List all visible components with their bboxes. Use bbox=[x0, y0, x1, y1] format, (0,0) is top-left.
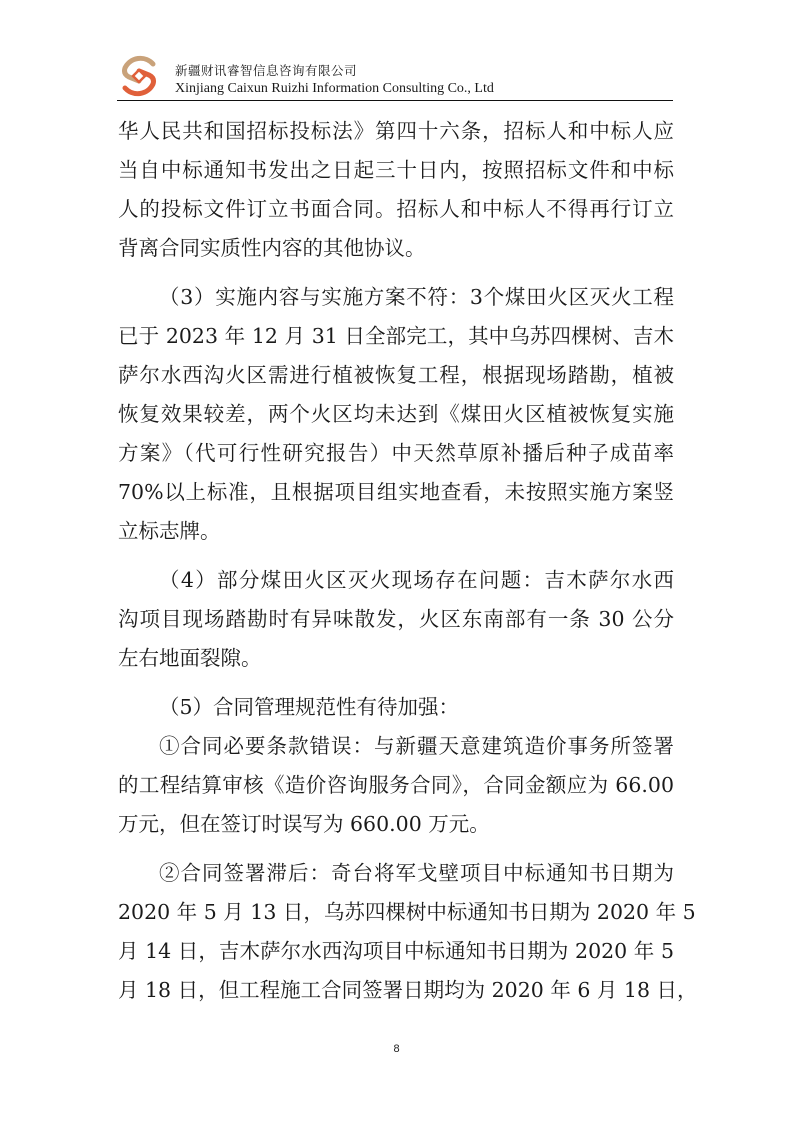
text-line: 当自中标通知书发出之日起三十日内，按照招标文件和中标 bbox=[118, 151, 674, 190]
text-line: 月 18 日，但工程施工合同签署日期均为 2020 年 6 月 18 日， bbox=[118, 971, 674, 1010]
text-line: 的工程结算审核《造价咨询服务合同》，合同金额应为 66.00 bbox=[118, 766, 674, 805]
company-name-cn: 新疆财讯睿智信息咨询有限公司 bbox=[175, 61, 357, 79]
text-line: 万元，但在签订时误写为 660.00 万元。 bbox=[118, 805, 674, 844]
text-line: 人的投标文件订立书面合同。招标人和中标人不得再行订立 bbox=[118, 190, 674, 229]
text-line: 2020 年 5 月 13 日，乌苏四棵树中标通知书日期为 2020 年 5 bbox=[118, 893, 674, 932]
text-line: ①合同必要条款错误：与新疆天意建筑造价事务所签署 bbox=[118, 727, 674, 766]
text-line: 已于 2023 年 12 月 31 日全部完工，其中乌苏四棵树、吉木 bbox=[118, 317, 674, 356]
text-line: 萨尔水西沟火区需进行植被恢复工程，根据现场踏勘，植被 bbox=[118, 356, 674, 395]
letterhead: 新疆财讯睿智信息咨询有限公司 Xinjiang Caixun Ruizhi In… bbox=[117, 52, 673, 102]
text-line: （5）合同管理规范性有待加强： bbox=[118, 688, 674, 727]
header-divider bbox=[117, 100, 673, 101]
text-line: 沟项目现场踏勘时有异味散发，火区东南部有一条 30 公分 bbox=[118, 600, 674, 639]
document-page: 新疆财讯睿智信息咨询有限公司 Xinjiang Caixun Ruizhi In… bbox=[0, 0, 793, 1122]
text-line: 70%以上标准，且根据项目组实地查看，未按照实施方案竖 bbox=[118, 473, 674, 512]
caixun-ruizhi-logo-icon bbox=[117, 54, 161, 98]
text-line: 方案》（代可行性研究报告）中天然草原补播后种子成苗率 bbox=[118, 434, 674, 473]
text-line: 恢复效果较差，两个火区均未达到《煤田火区植被恢复实施 bbox=[118, 395, 674, 434]
text-line: ②合同签署滞后：奇台将军戈壁项目中标通知书日期为 bbox=[118, 854, 674, 893]
page-number: 8 bbox=[0, 1043, 793, 1055]
text-line: （4）部分煤田火区灭火现场存在问题：吉木萨尔水西 bbox=[118, 561, 674, 600]
company-name-en: Xinjiang Caixun Ruizhi Information Consu… bbox=[175, 81, 494, 97]
text-line: 左右地面裂隙。 bbox=[118, 639, 674, 678]
text-line: 背离合同实质性内容的其他协议。 bbox=[118, 229, 674, 268]
text-line: 月 14 日，吉木萨尔水西沟项目中标通知书日期为 2020 年 5 bbox=[118, 932, 674, 971]
text-line: 立标志牌。 bbox=[118, 512, 674, 551]
text-line: （3）实施内容与实施方案不符：3个煤田火区灭火工程 bbox=[118, 278, 674, 317]
text-line: 华人民共和国招标投标法》第四十六条，招标人和中标人应 bbox=[118, 112, 674, 151]
